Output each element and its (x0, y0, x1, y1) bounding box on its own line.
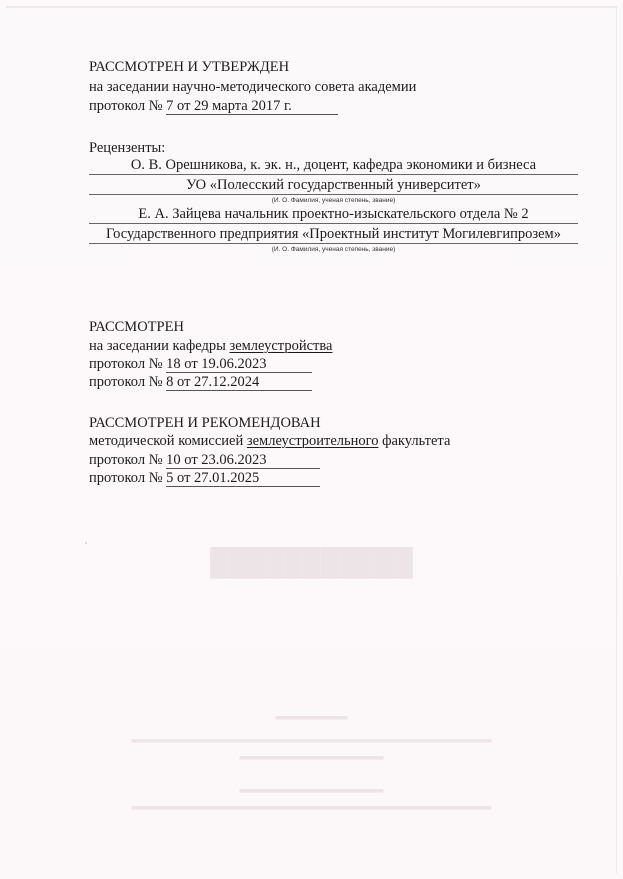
reviewer-1-name: О. В. Орешникова, к. эк. н., доцент, каф… (89, 157, 578, 175)
department-protocol-1: протокол № 18 от 19.06.2023 (89, 355, 312, 373)
document-page: ███████████ ▬▬▬▬▬▬ ▬▬▬▬▬▬▬▬▬▬▬▬▬▬▬▬▬▬▬▬▬… (0, 0, 623, 879)
department-line: на заседании кафедры землеустройства (89, 337, 332, 355)
bleed-through-block-2: ▬▬▬▬▬▬▬▬▬▬▬▬▬▬▬▬▬▬▬▬▬▬▬▬▬▬▬▬▬▬ (0, 735, 623, 750)
reviewer-1-caption: (И. О. Фамилия, ученая степень, звание) (89, 197, 578, 205)
protocol-value: 5 от 27.01.2025 (166, 471, 320, 487)
reviewer-2-org: Государственного предприятия «Проектный … (89, 226, 578, 244)
bleed-through-block-1: ▬▬▬▬▬▬ (0, 712, 623, 727)
bleed-through-block-3: ▬▬▬▬▬▬▬▬▬▬▬▬ (0, 752, 623, 767)
approval-council-line: на заседании научно-методического совета… (89, 78, 416, 96)
reviewer-2-caption: (И. О. Фамилия, ученая степень, звание) (89, 246, 578, 254)
reviewer-1-org: УО «Полесский государственный университе… (89, 177, 578, 195)
department-title: РАССМОТРЕН (89, 318, 184, 336)
protocol-value: 7 от 29 марта 2017 г. (166, 99, 338, 115)
bleed-through-block-4: ▬▬▬▬▬▬▬▬▬▬▬▬ (0, 785, 623, 800)
protocol-value: 8 от 27.12.2024 (166, 375, 312, 391)
commission-suffix: факультета (378, 433, 450, 449)
department-name: землеустройства (229, 338, 332, 354)
faculty-name: землеустроительного (247, 433, 379, 449)
commission-line: методической комиссией землеустроительно… (89, 432, 450, 450)
page-edge-top (6, 6, 617, 8)
protocol-prefix: протокол № (89, 470, 166, 486)
scan-speck (85, 542, 87, 544)
department-protocol-2: протокол № 8 от 27.12.2024 (89, 373, 312, 391)
bleed-through-block-5: ▬▬▬▬▬▬▬▬▬▬▬▬▬▬▬▬▬▬▬▬▬▬▬▬▬▬▬▬▬▬ (0, 802, 623, 817)
department-prefix: на заседании кафедры (89, 338, 229, 354)
protocol-prefix: протокол № (89, 374, 166, 390)
commission-protocol-1: протокол № 10 от 23.06.2023 (89, 451, 320, 469)
protocol-prefix: протокол № (89, 356, 166, 372)
protocol-value: 10 от 23.06.2023 (166, 453, 320, 469)
commission-protocol-2: протокол № 5 от 27.01.2025 (89, 469, 320, 487)
protocol-value: 18 от 19.06.2023 (166, 357, 312, 373)
bleed-through-title: ███████████ (0, 548, 623, 578)
reviewers-heading: Рецензенты: (89, 139, 165, 157)
approval-protocol: протокол № 7 от 29 марта 2017 г. (89, 97, 338, 115)
protocol-prefix: протокол № (89, 452, 166, 468)
reviewer-2-name: Е. А. Зайцева начальник проектно-изыскат… (89, 206, 578, 224)
commission-prefix: методической комиссией (89, 433, 247, 449)
approval-title: РАССМОТРЕН И УТВЕРЖДЕН (89, 58, 289, 76)
protocol-prefix: протокол № (89, 98, 166, 114)
commission-title: РАССМОТРЕН И РЕКОМЕНДОВАН (89, 414, 321, 432)
